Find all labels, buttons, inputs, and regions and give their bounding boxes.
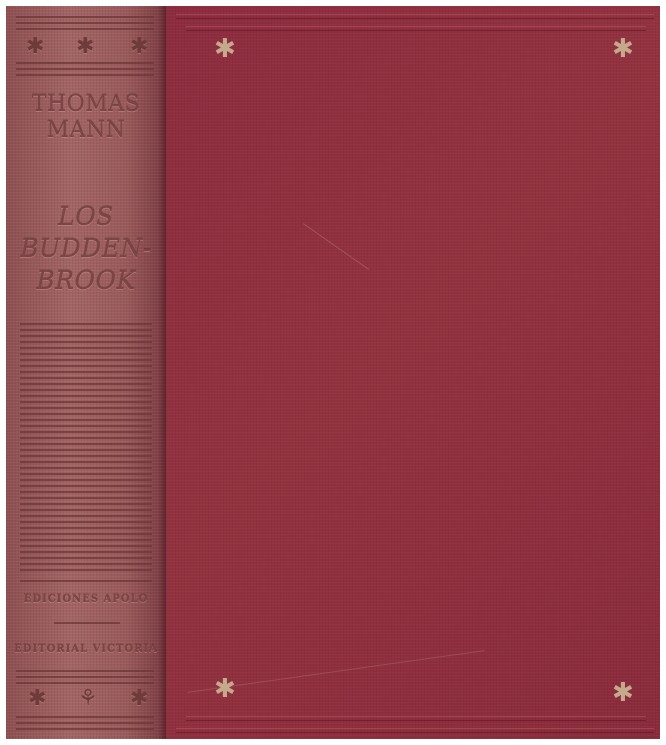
spine-bar [20,515,152,517]
spine-rule [16,670,154,672]
book: ✱ ✱ ✱ THOMAS MANN LOS BUDDEN- BROOK EDIC… [6,6,660,739]
asterisk-ornament-icon: ✱ [612,680,634,706]
asterisk-ornament-icon: ✱ [130,36,148,58]
frame-line [176,14,654,15]
spine-bar [20,401,152,403]
frame-line [176,732,654,733]
surface-scratch [187,650,484,693]
spine-rule [16,16,154,18]
spine-title-line-3: BROOK [6,266,166,296]
spine-bar [20,377,152,379]
book-front-cover: ✱ ✱ ✱ ✱ [166,6,660,739]
asterisk-ornament-icon: ✱ [612,36,634,62]
spine-bar [20,485,152,487]
spine-publisher-1: EDICIONES APOLO [6,594,166,605]
spine-bar [20,467,152,469]
spine-rule [16,676,154,678]
spine-bar [20,395,152,397]
book-spine: ✱ ✱ ✱ THOMAS MANN LOS BUDDEN- BROOK EDIC… [6,6,166,739]
spine-bar [20,431,152,433]
frame-line [186,26,646,27]
spine-rule [16,682,154,684]
spine-rule [16,716,154,718]
spine-bar [20,551,152,553]
spine-bar [20,539,152,541]
spine-bar [20,365,152,367]
spine-title-line-1: LOS [6,202,166,232]
asterisk-ornament-icon: ✱ [214,36,236,62]
spine-bar [20,383,152,385]
spine-rule-short [54,622,120,624]
spine-bar [20,323,152,325]
asterisk-ornament-icon: ✱ [76,36,94,58]
spine-rule [16,728,154,730]
flower-ornament-icon: ⚘ [78,688,98,710]
spine-bar [20,563,152,565]
spine-author-line-1: THOMAS [6,92,166,118]
spine-bar [20,479,152,481]
spine-decorative-bars [20,323,152,573]
spine-bar [20,533,152,535]
spine-rule [16,22,154,24]
spine-bar [20,359,152,361]
spine-bar [20,461,152,463]
spine-rule [20,580,152,582]
spine-bar [20,353,152,355]
spine-rule [16,62,154,64]
asterisk-ornament-icon: ✱ [26,36,44,58]
spine-rule [16,28,154,30]
frame-line [186,30,646,31]
frame-line [186,716,646,717]
spine-bar [20,335,152,337]
spine-bar [20,455,152,457]
spine-bar [20,347,152,349]
spine-bar [20,389,152,391]
spine-bar [20,437,152,439]
spine-bar [20,557,152,559]
surface-scratch [303,223,369,270]
spine-bar [20,407,152,409]
frame-line [176,728,654,729]
spine-bar [20,425,152,427]
spine-bar [20,413,152,415]
spine-bar [20,371,152,373]
spine-rule [16,722,154,724]
spine-bar [20,491,152,493]
spine-bar [20,527,152,529]
spine-bar [20,329,152,331]
spine-author-line-2: MANN [6,118,166,144]
asterisk-ornament-icon: ✱ [130,688,148,710]
spine-bar [20,341,152,343]
frame-line [176,18,654,19]
spine-bar [20,503,152,505]
asterisk-ornament-icon: ✱ [28,688,46,710]
spine-title-line-2: BUDDEN- [6,234,166,264]
spine-bar [20,449,152,451]
spine-bar [20,509,152,511]
spine-bar [20,497,152,499]
asterisk-ornament-icon: ✱ [214,676,236,702]
spine-bar [20,443,152,445]
spine-bar [20,569,152,571]
spine-rule [16,74,154,76]
spine-bar [20,521,152,523]
spine-bar [20,545,152,547]
frame-line [186,720,646,721]
spine-rule [16,68,154,70]
spine-publisher-2: EDITORIAL VICTORIA [6,644,166,655]
spine-bar [20,419,152,421]
spine-bar [20,473,152,475]
